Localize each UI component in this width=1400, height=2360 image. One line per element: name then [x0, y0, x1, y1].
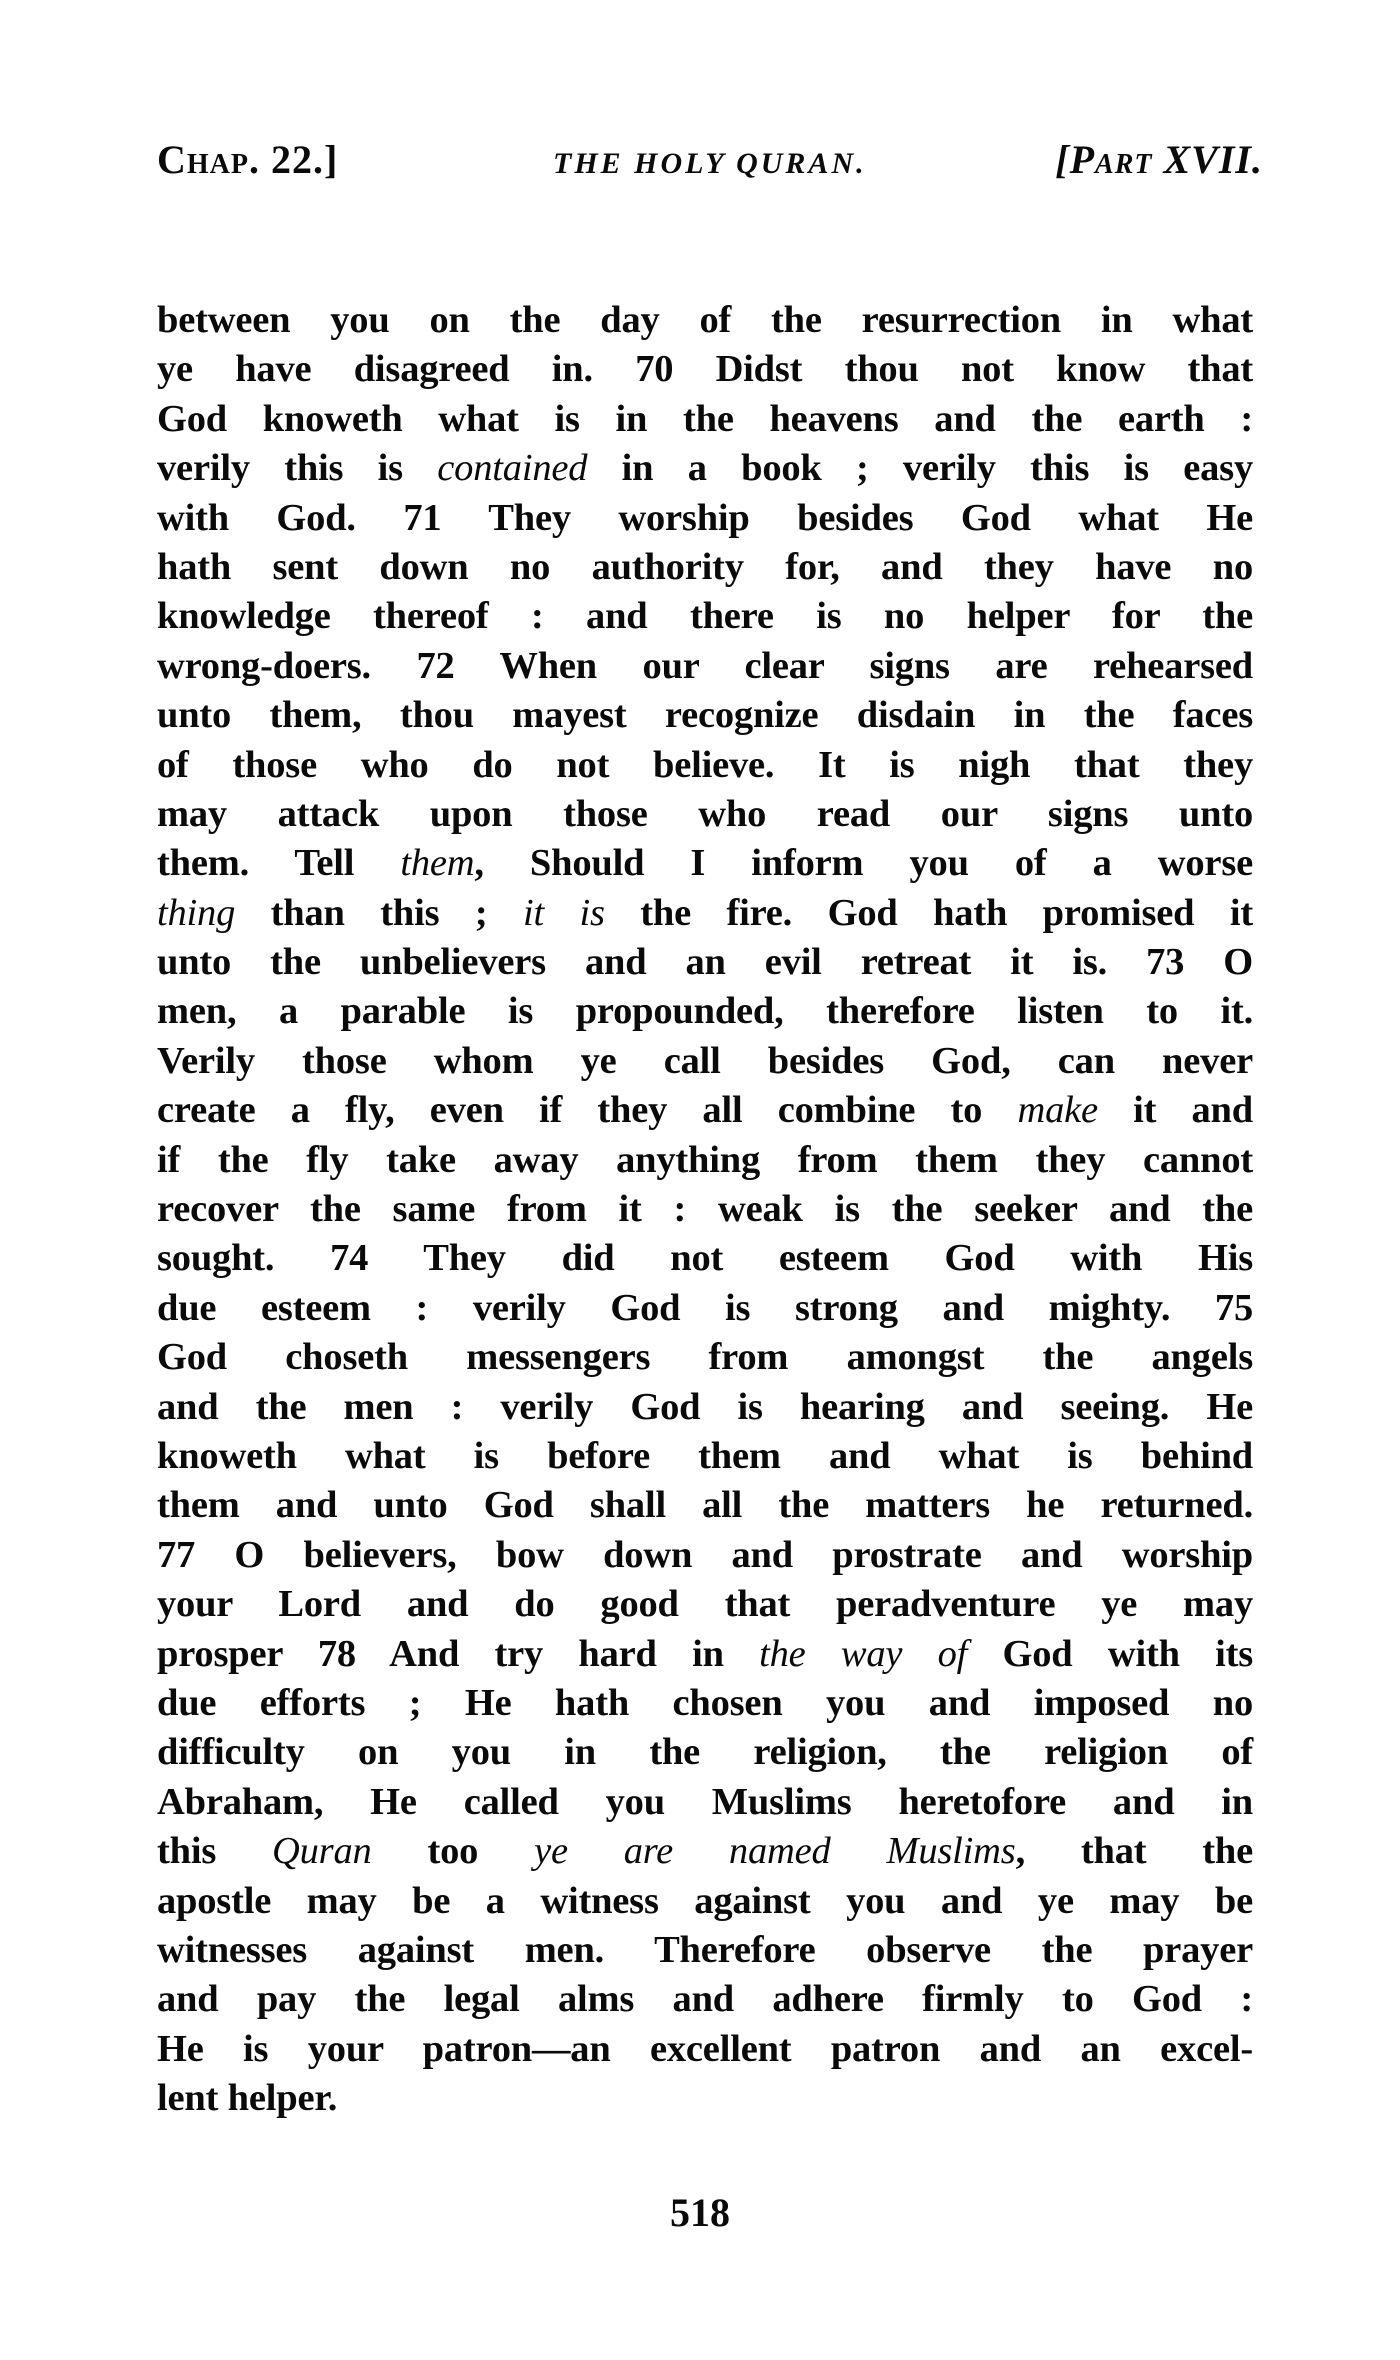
text-line: Abraham, He called you Muslims heretofor…: [157, 1778, 1253, 1827]
text-segment: recover the same from it : weak is the s…: [157, 1188, 1253, 1230]
text-segment: than this ;: [235, 892, 523, 934]
text-line: wrong-doers. 72 When our clear signs are…: [157, 642, 1253, 691]
italic-text: make: [1017, 1089, 1097, 1131]
text-segment: unto the unbelievers and an evil retreat…: [157, 941, 1253, 983]
chapter-label: Chap. 22.]: [157, 132, 338, 188]
text-segment: the fire. God hath promised it: [605, 892, 1253, 934]
text-segment: Verily those whom ye call besides God, c…: [157, 1040, 1253, 1082]
text-segment: your Lord and do good that peradventure …: [157, 1583, 1253, 1625]
text-line: this Quran too ye are named Muslims, tha…: [157, 1827, 1253, 1876]
text-segment: due esteem : verily God is strong and mi…: [157, 1287, 1253, 1329]
text-line: prosper 78 And try hard in the way of Go…: [157, 1630, 1253, 1679]
text-segment: wrong-doers. 72 When our clear signs are…: [157, 645, 1253, 687]
text-line: ye have disagreed in. 70 Didst thou not …: [157, 345, 1253, 394]
text-line: lent helper.: [157, 2074, 1253, 2123]
text-line: unto the unbelievers and an evil retreat…: [157, 938, 1253, 987]
text-segment: too: [372, 1830, 535, 1872]
text-line: sought. 74 They did not esteem God with …: [157, 1234, 1253, 1283]
text-line: recover the same from it : weak is the s…: [157, 1185, 1253, 1234]
text-line: knowledge thereof : and there is no help…: [157, 592, 1253, 641]
text-segment: and the men : verily God is hearing and …: [157, 1386, 1253, 1428]
text-segment: of those who do not believe. It is nigh …: [157, 744, 1253, 786]
text-line: knoweth what is before them and what is …: [157, 1432, 1253, 1481]
text-segment: ye have disagreed in. 70 Didst thou not …: [157, 348, 1253, 390]
text-segment: knoweth what is before them and what is …: [157, 1435, 1253, 1477]
text-segment: God knoweth what is in the heavens and t…: [157, 398, 1253, 440]
italic-text: thing: [157, 892, 235, 934]
text-line: Verily those whom ye call besides God, c…: [157, 1037, 1253, 1086]
text-segment: them. Tell: [157, 842, 400, 884]
text-segment: 77 O believers, bow down and prostrate a…: [157, 1534, 1253, 1576]
text-line: hath sent down no authority for, and the…: [157, 543, 1253, 592]
italic-text: contained: [437, 447, 587, 489]
text-segment: in a book ; verily this is easy: [587, 447, 1253, 489]
text-line: of those who do not believe. It is nigh …: [157, 741, 1253, 790]
text-line: apostle may be a witness against you and…: [157, 1877, 1253, 1926]
text-segment: with God. 71 They worship besides God wh…: [157, 497, 1253, 539]
text-line: due esteem : verily God is strong and mi…: [157, 1284, 1253, 1333]
text-segment: witnesses against men. Therefore observe…: [157, 1929, 1253, 1971]
text-line: men, a parable is propounded, therefore …: [157, 987, 1253, 1036]
text-segment: Abraham, He called you Muslims heretofor…: [157, 1781, 1253, 1823]
text-line: between you on the day of the resurrecti…: [157, 296, 1253, 345]
text-line: them and unto God shall all the matters …: [157, 1481, 1253, 1530]
running-header: Chap. 22.] THE HOLY QURAN. [Part XVII.: [157, 132, 1263, 192]
text-segment: God with its: [967, 1633, 1253, 1675]
text-line: them. Tell them, Should I inform you of …: [157, 839, 1253, 888]
text-line: if the fly take away anything from them …: [157, 1136, 1253, 1185]
text-segment: sought. 74 They did not esteem God with …: [157, 1237, 1253, 1279]
text-line: your Lord and do good that peradventure …: [157, 1580, 1253, 1629]
text-line: He is your patron—an excellent patron an…: [157, 2025, 1253, 2074]
text-segment: unto them, thou mayest recognize disdain…: [157, 694, 1253, 736]
text-segment: them and unto God shall all the matters …: [157, 1484, 1253, 1526]
text-segment: hath sent down no authority for, and the…: [157, 546, 1253, 588]
text-segment: verily this is: [157, 447, 437, 489]
text-segment: and pay the legal alms and adhere firmly…: [157, 1978, 1253, 2020]
text-segment: it and: [1098, 1089, 1253, 1131]
text-segment: men, a parable is propounded, therefore …: [157, 990, 1253, 1032]
text-line: 77 O believers, bow down and prostrate a…: [157, 1531, 1253, 1580]
text-segment: between you on the day of the resurrecti…: [157, 299, 1253, 341]
text-line: difficulty on you in the religion, the r…: [157, 1728, 1253, 1777]
part-label: [Part XVII.: [1055, 132, 1263, 188]
book-title: THE HOLY QURAN.: [553, 136, 867, 192]
text-segment: create a fly, even if they all combine t…: [157, 1089, 1017, 1131]
italic-text: the way of: [759, 1633, 967, 1675]
text-line: and pay the legal alms and adhere firmly…: [157, 1975, 1253, 2024]
text-segment: , that the: [1016, 1830, 1253, 1872]
text-line: create a fly, even if they all combine t…: [157, 1086, 1253, 1135]
text-segment: apostle may be a witness against you and…: [157, 1880, 1253, 1922]
text-line: and the men : verily God is hearing and …: [157, 1383, 1253, 1432]
text-line: due efforts ; He hath chosen you and imp…: [157, 1679, 1253, 1728]
text-line: thing than this ; it is the fire. God ha…: [157, 889, 1253, 938]
text-line: God knoweth what is in the heavens and t…: [157, 395, 1253, 444]
text-line: unto them, thou mayest recognize disdain…: [157, 691, 1253, 740]
text-line: God choseth messengers from amongst the …: [157, 1333, 1253, 1382]
text-line: with God. 71 They worship besides God wh…: [157, 494, 1253, 543]
italic-text: ye are named Muslims: [534, 1830, 1015, 1872]
text-line: verily this is contained in a book ; ver…: [157, 444, 1253, 493]
text-segment: difficulty on you in the religion, the r…: [157, 1731, 1253, 1773]
text-segment: knowledge thereof : and there is no help…: [157, 595, 1253, 637]
italic-text: Quran: [272, 1830, 372, 1872]
text-segment: due efforts ; He hath chosen you and imp…: [157, 1682, 1253, 1724]
text-segment: lent helper.: [157, 2077, 337, 2119]
text-segment: He is your patron—an excellent patron an…: [157, 2028, 1253, 2070]
text-segment: , Should I inform you of a worse: [474, 842, 1253, 884]
text-line: may attack upon those who read our signs…: [157, 790, 1253, 839]
text-segment: if the fly take away anything from them …: [157, 1139, 1253, 1181]
text-line: witnesses against men. Therefore observe…: [157, 1926, 1253, 1975]
italic-text: them: [400, 842, 474, 884]
text-segment: God choseth messengers from amongst the …: [157, 1336, 1253, 1378]
text-segment: this: [157, 1830, 272, 1872]
page-number: 518: [0, 2188, 1400, 2238]
italic-text: it is: [523, 892, 605, 934]
body-text: between you on the day of the resurrecti…: [157, 296, 1253, 2123]
text-segment: prosper 78 And try hard in: [157, 1633, 759, 1675]
text-segment: may attack upon those who read our signs…: [157, 793, 1253, 835]
